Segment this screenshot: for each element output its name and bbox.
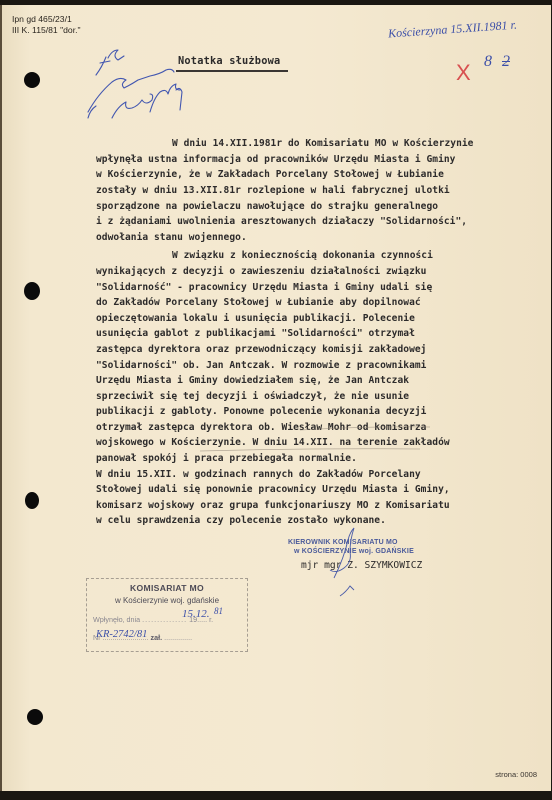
- text-line: sporządzone na powielaczu nawołujące do …: [96, 199, 546, 215]
- receipt-stamp-subtitle: w Kościerzynie woj. gdańskie: [87, 596, 247, 605]
- text-line: wojskowego w Kościerzynie. W dniu 14.XII…: [96, 435, 546, 451]
- receipt-stamp: KOMISARIAT MO w Kościerzynie woj. gdańsk…: [86, 578, 248, 652]
- signature-stamp-line1: KIEROWNIK KOMISARIATU MO: [288, 538, 414, 547]
- paragraph: W związku z koniecznością dokonania czyn…: [96, 248, 546, 529]
- text-line: do Zakładów Porcelany Stołowej w Łubiani…: [96, 295, 546, 311]
- handwritten-number: 8 2: [484, 53, 510, 71]
- text-line: otrzymał zastępca dyrektora ob. Wiesław …: [96, 420, 546, 436]
- blue-number: 8: [484, 53, 492, 70]
- received-label: Wpłynęło, dnia: [93, 615, 140, 624]
- text-line: Urzędu Miasta i Gminy dowiedziałem się, …: [96, 373, 546, 389]
- title-underline: [176, 70, 288, 72]
- document-body: W dniu 14.XII.1981r do Komisariatu MO w …: [96, 105, 546, 560]
- attachments-label: zał.: [151, 633, 163, 642]
- signature-stamp: KIEROWNIK KOMISARIATU MO w KOŚCIERZYNIE …: [288, 538, 414, 556]
- receipt-stamp-title: KOMISARIAT MO: [87, 583, 247, 593]
- text-line: "Solidarności" ob. Jan Antczak. W rozmow…: [96, 358, 546, 374]
- received-year-suffix: r.: [209, 615, 213, 624]
- text-line: w celu sprawdzenia czy polecenie zostało…: [96, 513, 546, 529]
- received-date-handwritten: 15.12.: [182, 608, 210, 620]
- paragraph: W dniu 14.XII.1981r do Komisariatu MO w …: [96, 136, 546, 245]
- text-line: wpłynęła ustna informacja od pracowników…: [96, 152, 546, 168]
- text-line: zastępca dyrektora oraz przewodniczący k…: [96, 342, 546, 358]
- blue-number-crossed: 2: [502, 53, 510, 70]
- punch-hole-icon: [24, 282, 40, 300]
- text-line: w Kościerzynie, że w Zakładach Porcelany…: [96, 167, 546, 183]
- text-line: W dniu 15.XII. w godzinach rannych do Za…: [96, 467, 546, 483]
- text-line: panował spokój i praca przebiegała norma…: [96, 451, 546, 467]
- text-line: sprzeciwił się tej decyzji i oświadczył,…: [96, 389, 546, 405]
- text-line: opieczętowania lokalu i usunięcia publik…: [96, 311, 546, 327]
- archive-ref-line1: Ipn gd 465/23/1: [12, 14, 81, 25]
- punch-hole-icon: [27, 709, 43, 725]
- text-line: wynikających z decyzji o zawieszeniu dzi…: [96, 264, 546, 280]
- text-line: i z żądaniami uwolnienia aresztowanych d…: [96, 214, 546, 230]
- page-number: strona: 0008: [495, 770, 537, 779]
- archive-reference: Ipn gd 465/23/1 III K. 115/81 "dor.": [12, 14, 81, 36]
- handwritten-date: Kościerzyna 15.XII.1981 r.: [388, 18, 518, 42]
- registry-number-handwritten: KR-2742/81: [96, 629, 147, 640]
- received-year-handwritten: 81: [214, 606, 223, 616]
- text-line: odwołania stanu wojennego.: [96, 230, 546, 246]
- text-line: Stołowej udali się ponownie pracownicy U…: [96, 482, 546, 498]
- red-x-mark: X: [456, 60, 471, 86]
- text-line: zostały w dniu 13.XII.81r rozlepione w h…: [96, 183, 546, 199]
- text-line: W związku z koniecznością dokonania czyn…: [96, 248, 546, 264]
- signatory-name: mjr mgr Z. SZYMKOWICZ: [301, 560, 422, 571]
- page-edge: [0, 5, 2, 791]
- text-line: komisarz wojskowy oraz grupa funkcjonari…: [96, 498, 546, 514]
- text-line: publikacji z gabloty. Ponowne polecenie …: [96, 404, 546, 420]
- document-title: Notatka służbowa: [178, 55, 280, 67]
- punch-hole-icon: [24, 72, 40, 88]
- signature-stamp-line2: w KOŚCIERZYNIE woj. GDAŃSKIE: [288, 547, 414, 556]
- archive-ref-line2: III K. 115/81 "dor.": [12, 25, 81, 36]
- punch-hole-icon: [25, 492, 39, 509]
- document-page: Ipn gd 465/23/1 III K. 115/81 "dor." Not…: [0, 5, 551, 791]
- text-line: W dniu 14.XII.1981r do Komisariatu MO w …: [96, 136, 546, 152]
- text-line: usunięcia gablot z publikacjami "Solidar…: [96, 326, 546, 342]
- text-line: "Solidarność" - pracownicy Urzędu Miasta…: [96, 280, 546, 296]
